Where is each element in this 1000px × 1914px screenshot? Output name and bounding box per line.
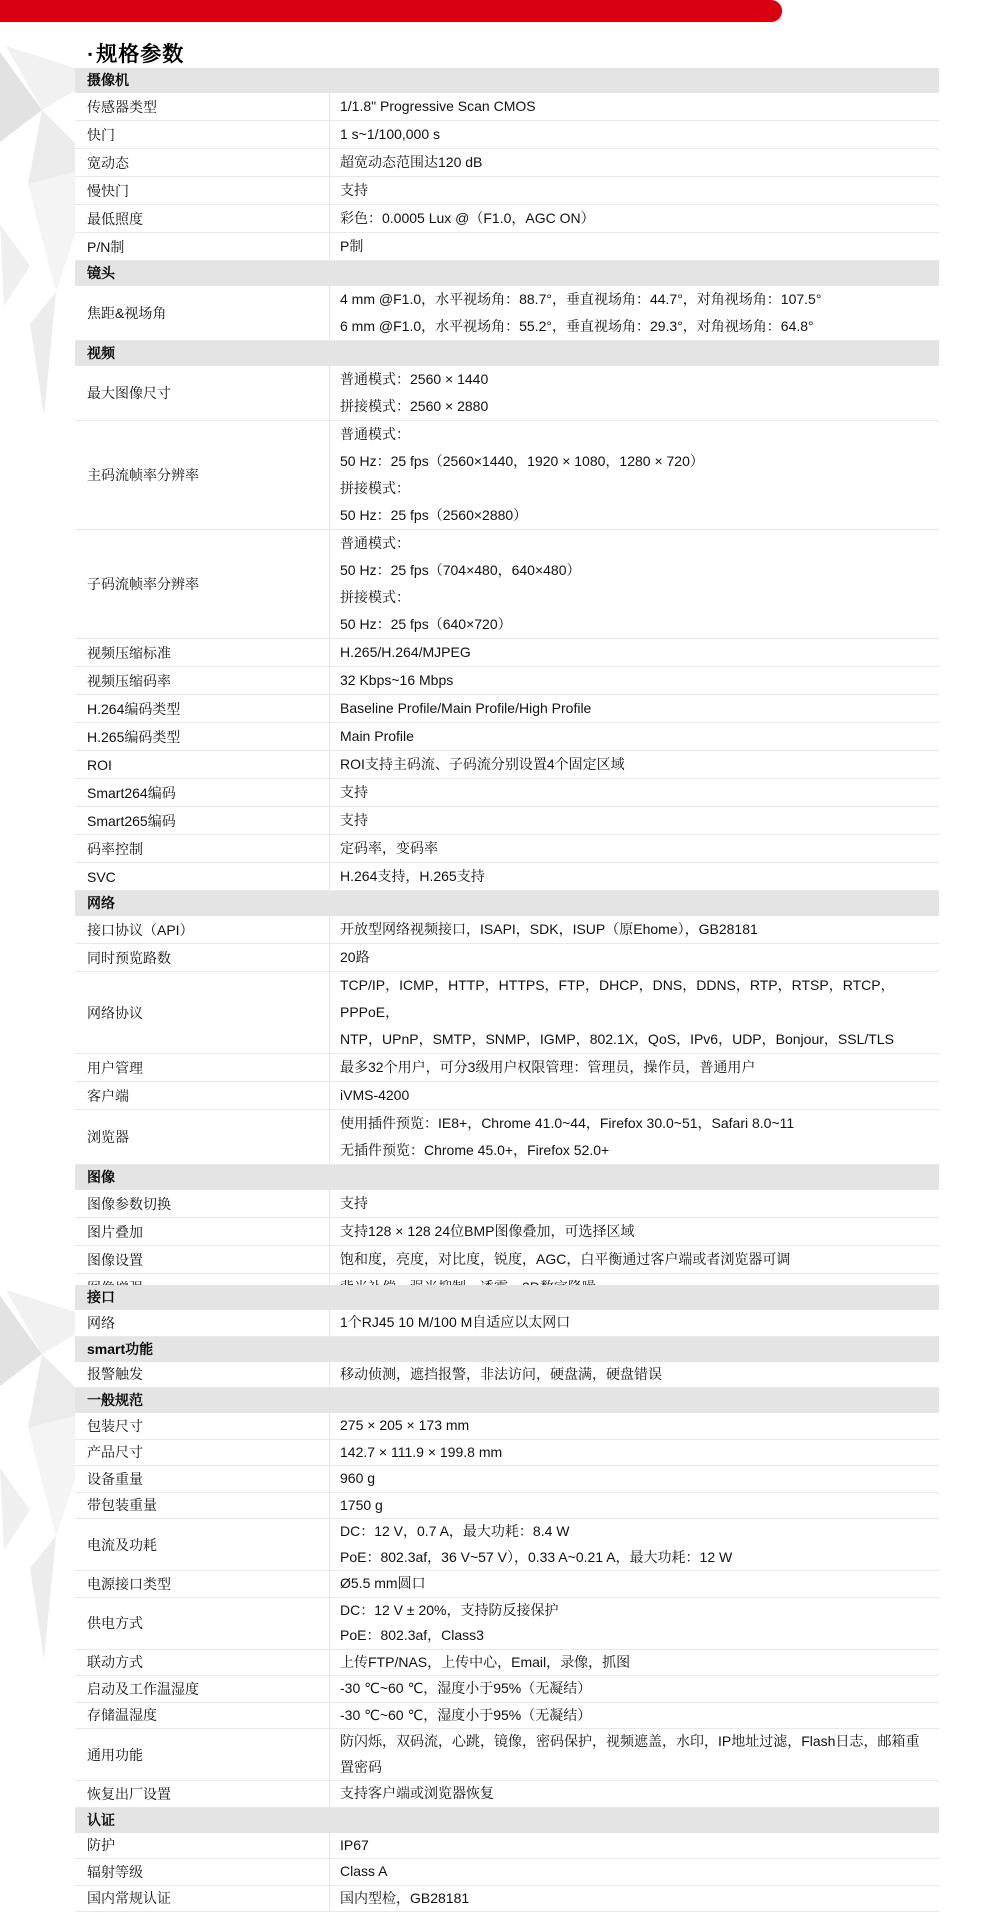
spec-row: 同时预览路数20路 [75,944,939,972]
spec-row: 图片叠加支持128 × 128 24位BMP图像叠加，可选择区域 [75,1218,939,1246]
spec-row-label: 接口协议（API） [75,916,330,943]
spec-row-label: 焦距&视场角 [75,286,330,340]
spec-value-line: 50 Hz：25 fps（640×720） [340,611,933,638]
spec-value-line: 支持128 × 128 24位BMP图像叠加，可选择区域 [340,1218,933,1245]
section-header: 认证 [75,1808,939,1833]
spec-row-label: 通用功能 [75,1729,330,1780]
spec-value-line: 普通模式： [340,530,933,557]
spec-row-value: Main Profile [330,723,939,750]
spec-row: 带包装重量1750 g [75,1493,939,1520]
spec-value-line: 移动侦测，遮挡报警，非法访问，硬盘满，硬盘错误 [340,1362,933,1388]
spec-value-line: DC：12 V，0.7 A，最大功耗：8.4 W [340,1519,933,1545]
spec-row: 客户端iVMS-4200 [75,1082,939,1110]
spec-value-line: 支持 [340,807,933,834]
spec-row-value: 支持 [330,807,939,834]
spec-row: 码率控制定码率，变码率 [75,835,939,863]
spec-row: 接口协议（API）开放型网络视频接口，ISAPI，SDK，ISUP（原Ehome… [75,916,939,944]
spec-value-line: 6 mm @F1.0，水平视场角：55.2°，垂直视场角：29.3°，对角视场角… [340,313,933,340]
spec-value-line: Main Profile [340,723,933,750]
spec-row: 设备重量960 g [75,1466,939,1493]
spec-value-line: 定码率，变码率 [340,835,933,862]
spec-row-label: 最低照度 [75,205,330,232]
spec-value-line: P制 [340,233,933,260]
spec-row: 慢快门支持 [75,177,939,205]
spec-value-line: 彩色：0.0005 Lux @（F1.0，AGC ON） [340,205,933,232]
spec-row-value: 20路 [330,944,939,971]
spec-row: 报警触发移动侦测，遮挡报警，非法访问，硬盘满，硬盘错误 [75,1362,939,1389]
spec-row: 传感器类型1/1.8" Progressive Scan CMOS [75,93,939,121]
spec-row-value: 1个RJ45 10 M/100 M自适应以太网口 [330,1310,939,1336]
spec-value-line: TCP/IP，ICMP，HTTP，HTTPS，FTP，DHCP，DNS，DDNS… [340,972,933,1026]
spec-value-line: NTP，UPnP，SMTP，SNMP，IGMP，802.1X，QoS，IPv6，… [340,1026,933,1053]
section-header: 镜头 [75,261,939,286]
spec-row-label: H.264编码类型 [75,695,330,722]
spec-row-value: 32 Kbps~16 Mbps [330,667,939,694]
spec-row: 通用功能防闪烁，双码流，心跳，镜像，密码保护，视频遮盖，水印，IP地址过滤，Fl… [75,1729,939,1781]
spec-row-label: 最大图像尺寸 [75,366,330,420]
spec-row-value: Class A [330,1859,939,1885]
spec-row-label: 防护 [75,1833,330,1859]
spec-value-line: 国内型检，GB28181 [340,1886,933,1912]
spec-row-label: 辐射等级 [75,1859,330,1885]
page-title: ▪规格参数 [88,38,184,68]
spec-value-line: 拼接模式：2560 × 2880 [340,393,933,420]
spec-value-line: 20路 [340,944,933,971]
spec-row: 子码流帧率分辨率普通模式：50 Hz：25 fps（704×480，640×48… [75,530,939,639]
spec-row-label: 图像参数切换 [75,1190,330,1217]
spec-value-line: 1750 g [340,1493,933,1519]
spec-row-label: Smart265编码 [75,807,330,834]
spec-row-value: 支持128 × 128 24位BMP图像叠加，可选择区域 [330,1218,939,1245]
spec-value-line: 960 g [340,1466,933,1492]
spec-row-label: 传感器类型 [75,93,330,120]
spec-row-value: 支持 [330,177,939,204]
spec-value-line: 支持 [340,1190,933,1217]
spec-row-value: 超宽动态范围达120 dB [330,149,939,176]
spec-value-line: 支持 [340,779,933,806]
spec-row-label: 网络 [75,1310,330,1336]
spec-value-line: 275 × 205 × 173 mm [340,1413,933,1439]
spec-row-value: iVMS-4200 [330,1082,939,1109]
spec-value-line: 50 Hz：25 fps（704×480，640×480） [340,557,933,584]
spec-row-label: SVC [75,863,330,890]
spec-row-label: 产品尺寸 [75,1440,330,1466]
spec-row: H.264编码类型Baseline Profile/Main Profile/H… [75,695,939,723]
spec-row: 主码流帧率分辨率普通模式：50 Hz：25 fps（2560×1440，1920… [75,421,939,530]
spec-row: SVCH.264支持，H.265支持 [75,863,939,891]
red-divider-bar-middle [0,0,782,22]
spec-row: 存储温湿度-30 ℃~60 ℃，湿度小于95%（无凝结） [75,1703,939,1730]
spec-row: 图像参数切换支持 [75,1190,939,1218]
spec-row-label: 带包装重量 [75,1493,330,1519]
spec-row-label: 客户端 [75,1082,330,1109]
section-header: 视频 [75,341,939,366]
spec-row-label: 包装尺寸 [75,1413,330,1439]
spec-row: Smart265编码支持 [75,807,939,835]
spec-row-label: 存储温湿度 [75,1703,330,1729]
spec-row-label: 快门 [75,121,330,148]
page-title-text: 规格参数 [96,43,184,66]
spec-value-line: 1/1.8" Progressive Scan CMOS [340,93,933,120]
spec-value-line: 50 Hz：25 fps（2560×1440，1920 × 1080，1280 … [340,448,933,475]
spec-row-label: 联动方式 [75,1650,330,1676]
spec-row-label: 视频压缩码率 [75,667,330,694]
spec-value-line: 支持客户端或浏览器恢复 [340,1781,933,1807]
spec-row-label: 视频压缩标准 [75,639,330,666]
spec-value-line: PoE：802.3af，Class3 [340,1623,933,1649]
spec-row-label: 电源接口类型 [75,1571,330,1597]
spec-row-value: DC：12 V ± 20%，支持防反接保护PoE：802.3af，Class3 [330,1598,939,1649]
spec-row-value: 142.7 × 111.9 × 199.8 mm [330,1440,939,1466]
spec-row-label: 码率控制 [75,835,330,862]
spec-row-label: ROI [75,751,330,778]
spec-row-value: 1750 g [330,1493,939,1519]
spec-value-line: H.265/H.264/MJPEG [340,639,933,666]
spec-table-1: 摄像机传感器类型1/1.8" Progressive Scan CMOS快门1 … [75,68,939,1302]
spec-row-value: TCP/IP，ICMP，HTTP，HTTPS，FTP，DHCP，DNS，DDNS… [330,972,939,1053]
spec-row: 视频压缩码率32 Kbps~16 Mbps [75,667,939,695]
spec-row-label: H.265编码类型 [75,723,330,750]
spec-value-line: Ø5.5 mm圆口 [340,1571,933,1597]
spec-value-line: 支持 [340,177,933,204]
spec-row: 辐射等级Class A [75,1859,939,1886]
spec-row-label: 主码流帧率分辨率 [75,421,330,529]
spec-value-line: 50 Hz：25 fps（2560×2880） [340,502,933,529]
spec-value-line: 防闪烁，双码流，心跳，镜像，密码保护，视频遮盖，水印，IP地址过滤，Flash日… [340,1729,933,1780]
spec-row-value: 普通模式：2560 × 1440拼接模式：2560 × 2880 [330,366,939,420]
spec-row-value: H.264支持，H.265支持 [330,863,939,890]
spec-row-value: 彩色：0.0005 Lux @（F1.0，AGC ON） [330,205,939,232]
spec-row: P/N制P制 [75,233,939,261]
spec-value-line: 1个RJ45 10 M/100 M自适应以太网口 [340,1310,933,1336]
spec-row-value: Baseline Profile/Main Profile/High Profi… [330,695,939,722]
spec-row-value: DC：12 V，0.7 A，最大功耗：8.4 WPoE：802.3af，36 V… [330,1519,939,1570]
spec-value-line: 开放型网络视频接口，ISAPI，SDK，ISUP（原Ehome），GB28181 [340,916,933,943]
spec-value-line: IP67 [340,1833,933,1859]
spec-row: 电源接口类型Ø5.5 mm圆口 [75,1571,939,1598]
spec-value-line: 饱和度，亮度，对比度，锐度，AGC，白平衡通过客户端或者浏览器可调 [340,1246,933,1273]
spec-row-value: 移动侦测，遮挡报警，非法访问，硬盘满，硬盘错误 [330,1362,939,1388]
spec-row-value: P制 [330,233,939,260]
spec-row: 焦距&视场角4 mm @F1.0，水平视场角：88.7°，垂直视场角：44.7°… [75,286,939,341]
spec-row-value: 1 s~1/100,000 s [330,121,939,148]
spec-row: H.265编码类型Main Profile [75,723,939,751]
spec-row: 最低照度彩色：0.0005 Lux @（F1.0，AGC ON） [75,205,939,233]
spec-row-value: 开放型网络视频接口，ISAPI，SDK，ISUP（原Ehome），GB28181 [330,916,939,943]
spec-row-label: 浏览器 [75,1110,330,1164]
spec-value-line: ROI支持主码流、子码流分别设置4个固定区域 [340,751,933,778]
spec-row-label: P/N制 [75,233,330,260]
spec-row-value: 4 mm @F1.0，水平视场角：88.7°，垂直视场角：44.7°，对角视场角… [330,286,939,340]
spec-row: 视频压缩标准H.265/H.264/MJPEG [75,639,939,667]
spec-row-value: 国内型检，GB28181 [330,1886,939,1912]
spec-row-label: 恢复出厂设置 [75,1781,330,1807]
spec-row: 用户管理最多32个用户，可分3级用户权限管理：管理员，操作员，普通用户 [75,1054,939,1082]
spec-row-label: 设备重量 [75,1466,330,1492]
spec-row-value: IP67 [330,1833,939,1859]
spec-value-line: -30 ℃~60 ℃，湿度小于95%（无凝结） [340,1703,933,1729]
spec-value-line: 32 Kbps~16 Mbps [340,667,933,694]
spec-value-line: 使用插件预览：IE8+，Chrome 41.0~44，Firefox 30.0~… [340,1110,933,1137]
spec-row-value: 275 × 205 × 173 mm [330,1413,939,1439]
spec-row: 快门1 s~1/100,000 s [75,121,939,149]
spec-row: Smart264编码支持 [75,779,939,807]
spec-row-value: 支持 [330,1190,939,1217]
spec-row-label: 网络协议 [75,972,330,1053]
spec-row-value: 防闪烁，双码流，心跳，镜像，密码保护，视频遮盖，水印，IP地址过滤，Flash日… [330,1729,939,1780]
spec-value-line: Baseline Profile/Main Profile/High Profi… [340,695,933,722]
spec-row-label: 供电方式 [75,1598,330,1649]
section-header: 图像 [75,1165,939,1190]
spec-row-value: Ø5.5 mm圆口 [330,1571,939,1597]
section-header: 接口 [75,1285,939,1310]
spec-row-value: 定码率，变码率 [330,835,939,862]
spec-row: 宽动态超宽动态范围达120 dB [75,149,939,177]
spec-row-value: 支持 [330,779,939,806]
spec-row-label: 报警触发 [75,1362,330,1388]
spec-table-2: 接口网络1个RJ45 10 M/100 M自适应以太网口smart功能报警触发移… [75,1285,939,1912]
spec-value-line: -30 ℃~60 ℃，湿度小于95%（无凝结） [340,1676,933,1702]
spec-row-label: 国内常规认证 [75,1886,330,1912]
spec-row-value: 普通模式：50 Hz：25 fps（2560×1440，1920 × 1080，… [330,421,939,529]
spec-row: 电流及功耗DC：12 V，0.7 A，最大功耗：8.4 WPoE：802.3af… [75,1519,939,1571]
spec-value-line: 超宽动态范围达120 dB [340,149,933,176]
spec-row-value: 上传FTP/NAS，上传中心，Email，录像，抓图 [330,1650,939,1676]
spec-row-value: ROI支持主码流、子码流分别设置4个固定区域 [330,751,939,778]
spec-row-label: 用户管理 [75,1054,330,1081]
spec-value-line: 4 mm @F1.0，水平视场角：88.7°，垂直视场角：44.7°，对角视场角… [340,286,933,313]
spec-row-value: -30 ℃~60 ℃，湿度小于95%（无凝结） [330,1703,939,1729]
spec-row: 防护IP67 [75,1833,939,1860]
title-bullet-icon: ▪ [88,47,93,61]
spec-row-value: H.265/H.264/MJPEG [330,639,939,666]
spec-row-value: 最多32个用户，可分3级用户权限管理：管理员，操作员，普通用户 [330,1054,939,1081]
spec-row-label: 电流及功耗 [75,1519,330,1570]
spec-row: 启动及工作温湿度-30 ℃~60 ℃，湿度小于95%（无凝结） [75,1676,939,1703]
spec-value-line: 142.7 × 111.9 × 199.8 mm [340,1440,933,1466]
spec-value-line: 上传FTP/NAS，上传中心，Email，录像，抓图 [340,1650,933,1676]
spec-row-label: 子码流帧率分辨率 [75,530,330,638]
spec-row: 包装尺寸275 × 205 × 173 mm [75,1413,939,1440]
spec-row: 联动方式上传FTP/NAS，上传中心，Email，录像，抓图 [75,1650,939,1677]
spec-row: 最大图像尺寸普通模式：2560 × 1440拼接模式：2560 × 2880 [75,366,939,421]
spec-row: 网络1个RJ45 10 M/100 M自适应以太网口 [75,1310,939,1337]
spec-row-value: 支持客户端或浏览器恢复 [330,1781,939,1807]
spec-row-value: 1/1.8" Progressive Scan CMOS [330,93,939,120]
spec-row-value: 饱和度，亮度，对比度，锐度，AGC，白平衡通过客户端或者浏览器可调 [330,1246,939,1273]
spec-row: 供电方式DC：12 V ± 20%，支持防反接保护PoE：802.3af，Cla… [75,1598,939,1650]
spec-row-value: 普通模式：50 Hz：25 fps（704×480，640×480）拼接模式：5… [330,530,939,638]
spec-row-label: 图片叠加 [75,1218,330,1245]
spec-value-line: 1 s~1/100,000 s [340,121,933,148]
spec-row-label: 启动及工作温湿度 [75,1676,330,1702]
spec-value-line: 拼接模式： [340,475,933,502]
spec-row-value: 960 g [330,1466,939,1492]
spec-row: 国内常规认证国内型检，GB28181 [75,1886,939,1913]
section-header: 摄像机 [75,68,939,93]
spec-value-line: DC：12 V ± 20%，支持防反接保护 [340,1598,933,1624]
spec-row: ROIROI支持主码流、子码流分别设置4个固定区域 [75,751,939,779]
spec-row: 网络协议TCP/IP，ICMP，HTTP，HTTPS，FTP，DHCP，DNS，… [75,972,939,1054]
spec-value-line: 无插件预览：Chrome 45.0+，Firefox 52.0+ [340,1137,933,1164]
spec-row-label: 宽动态 [75,149,330,176]
spec-value-line: 普通模式： [340,421,933,448]
spec-row-label: 慢快门 [75,177,330,204]
spec-row-label: Smart264编码 [75,779,330,806]
spec-row-label: 同时预览路数 [75,944,330,971]
spec-value-line: Class A [340,1859,933,1885]
spec-row-value: -30 ℃~60 ℃，湿度小于95%（无凝结） [330,1676,939,1702]
spec-value-line: 最多32个用户，可分3级用户权限管理：管理员，操作员，普通用户 [340,1054,933,1081]
spec-row: 图像设置饱和度，亮度，对比度，锐度，AGC，白平衡通过客户端或者浏览器可调 [75,1246,939,1274]
spec-row: 浏览器使用插件预览：IE8+，Chrome 41.0~44，Firefox 30… [75,1110,939,1165]
spec-value-line: iVMS-4200 [340,1082,933,1109]
spec-value-line: 普通模式：2560 × 1440 [340,366,933,393]
section-header: 网络 [75,891,939,916]
spec-row: 产品尺寸142.7 × 111.9 × 199.8 mm [75,1440,939,1467]
spec-value-line: PoE：802.3af，36 V~57 V），0.33 A~0.21 A，最大功… [340,1545,933,1571]
section-header: 一般规范 [75,1388,939,1413]
spec-value-line: H.264支持，H.265支持 [340,863,933,890]
spec-row-value: 使用插件预览：IE8+，Chrome 41.0~44，Firefox 30.0~… [330,1110,939,1164]
spec-value-line: 拼接模式： [340,584,933,611]
spec-row: 恢复出厂设置支持客户端或浏览器恢复 [75,1781,939,1808]
spec-row-label: 图像设置 [75,1246,330,1273]
section-header: smart功能 [75,1337,939,1362]
